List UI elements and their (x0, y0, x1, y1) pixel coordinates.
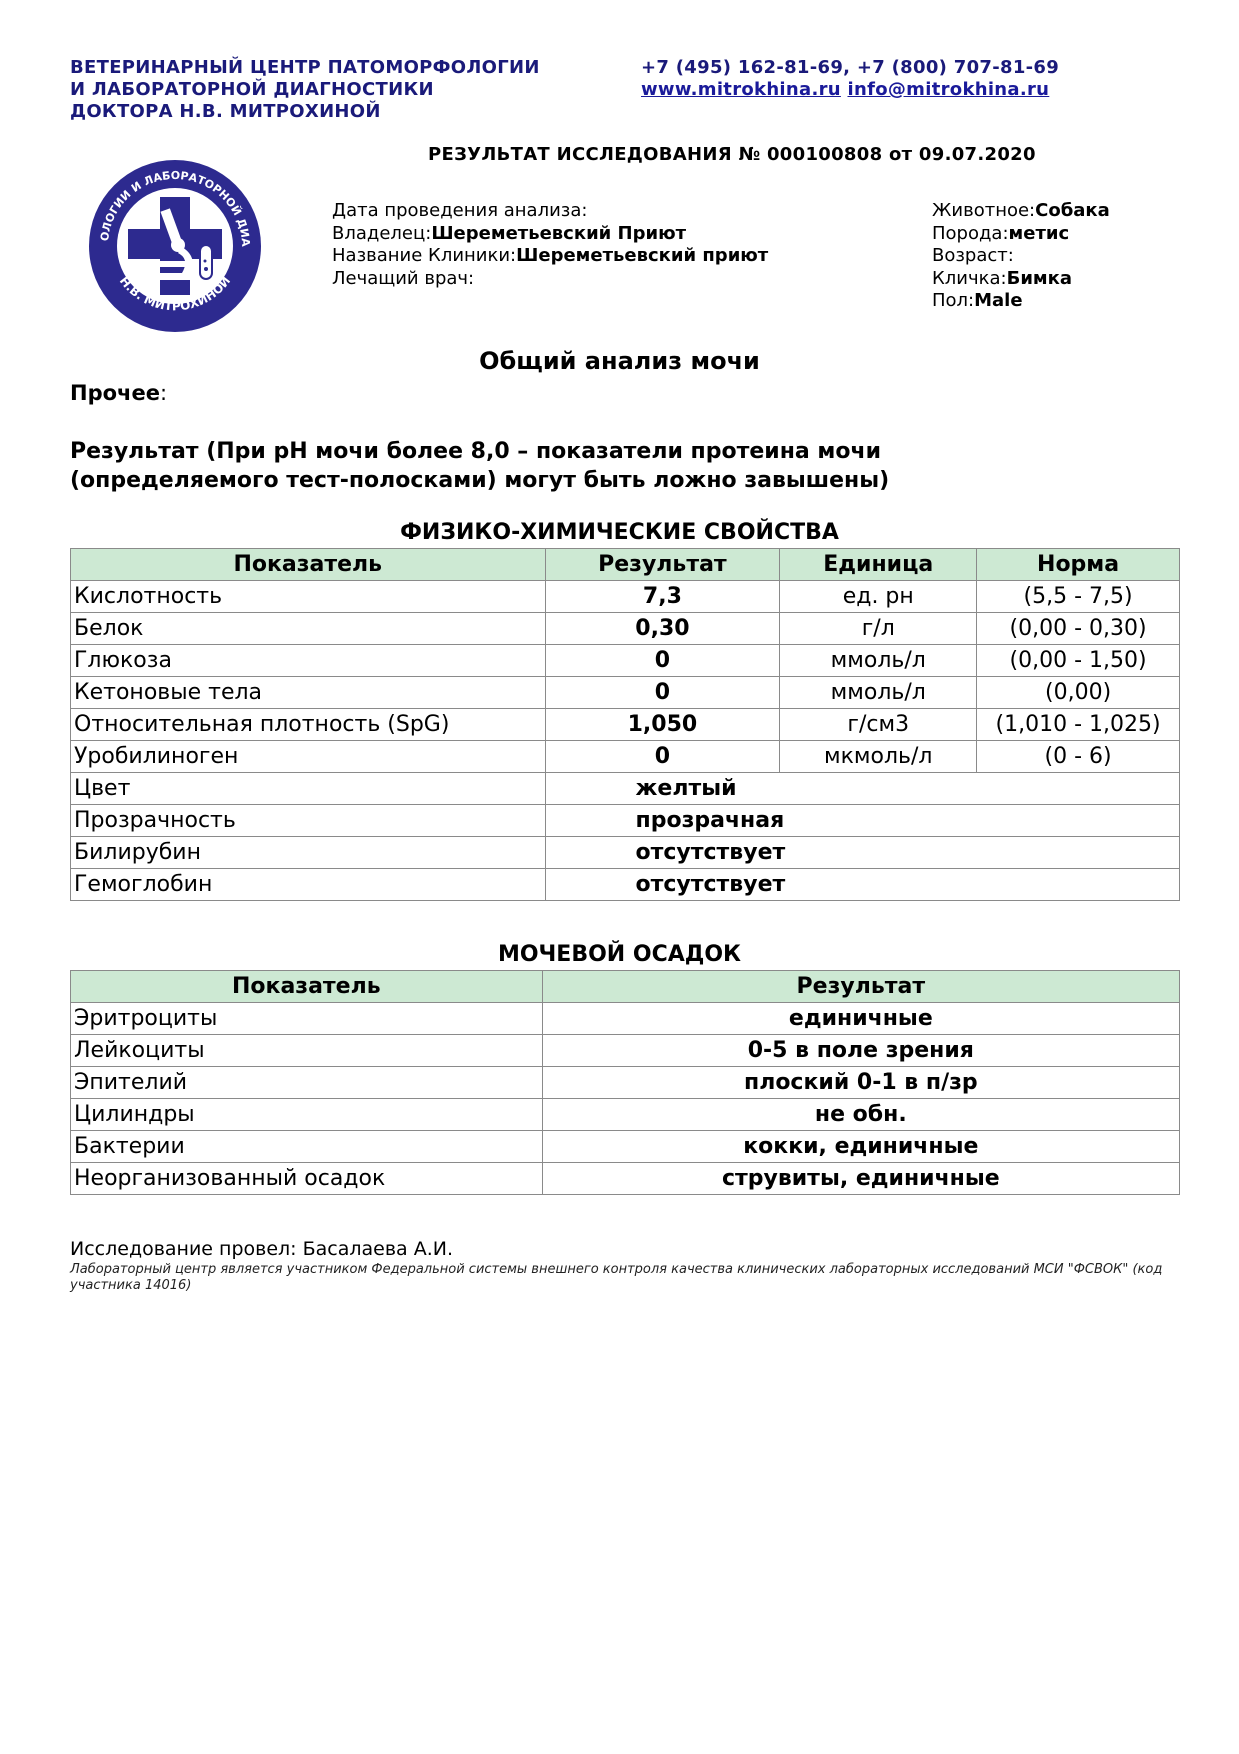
disclaimer: Лабораторный центр является участником Ф… (70, 1262, 1180, 1294)
unit-value: мкмоль/л (780, 741, 977, 773)
clinic-name-field: Название Клиники:Шереметьевский приют (332, 245, 768, 268)
result-value: отсутствует (545, 869, 1179, 901)
result-value: 0-5 в поле зрения (542, 1035, 1179, 1067)
indicator-name: Кетоновые тела (71, 677, 546, 709)
indicator-name: Белок (71, 613, 546, 645)
norm-value: (1,010 - 1,025) (977, 709, 1180, 741)
norm-value: (0,00 - 1,50) (977, 645, 1180, 677)
result-value: кокки, единичные (542, 1131, 1179, 1163)
table-row: Белок0,30г/л(0,00 - 0,30) (71, 613, 1180, 645)
indicator-name: Эпителий (71, 1067, 543, 1099)
indicator-name: Прозрачность (71, 805, 546, 837)
unit-value: ед. рн (780, 581, 977, 613)
norm-value: (5,5 - 7,5) (977, 581, 1180, 613)
patient-info-left: Дата проведения анализа: Владелец:Шереме… (332, 200, 768, 290)
result-value: 7,3 (545, 581, 780, 613)
email-link[interactable]: info@mitrokhina.ru (847, 79, 1049, 100)
table-row: Кислотность7,3ед. рн(5,5 - 7,5) (71, 581, 1180, 613)
breed-field: Порода:метис (932, 223, 1110, 246)
result-value: не обн. (542, 1099, 1179, 1131)
table-row: Цветжелтый (71, 773, 1180, 805)
indicator-name: Билирубин (71, 837, 546, 869)
sex-field: Пол:Male (932, 290, 1110, 313)
indicator-name: Относительная плотность (SpG) (71, 709, 546, 741)
unit-value: ммоль/л (780, 645, 977, 677)
indicator-name: Гемоглобин (71, 869, 546, 901)
logo-emblem-icon: ПАТОМОРФОЛОГИИ И ЛАБОРАТОРНОЙ ДИАГНОСТИК… (86, 157, 264, 335)
result-title: РЕЗУЛЬТАТ ИССЛЕДОВАНИЯ № 000100808 от 09… (428, 144, 1036, 165)
age-field: Возраст: (932, 245, 1110, 268)
website-link[interactable]: www.mitrokhina.ru (641, 79, 841, 100)
table-row: Уробилиноген0мкмоль/л(0 - 6) (71, 741, 1180, 773)
indicator-name: Уробилиноген (71, 741, 546, 773)
indicator-name: Кислотность (71, 581, 546, 613)
table-row: Глюкоза0ммоль/л(0,00 - 1,50) (71, 645, 1180, 677)
species-field: Животное:Собака (932, 200, 1110, 223)
indicator-name: Эритроциты (71, 1003, 543, 1035)
indicator-name: Глюкоза (71, 645, 546, 677)
result-value: струвиты, единичные (542, 1163, 1179, 1195)
norm-value: (0,00 - 0,30) (977, 613, 1180, 645)
organization-name: ВЕТЕРИНАРНЫЙ ЦЕНТР ПАТОМОРФОЛОГИИ И ЛАБО… (70, 57, 540, 123)
clinic-logo: ПАТОМОРФОЛОГИИ И ЛАБОРАТОРНОЙ ДИАГНОСТИК… (86, 157, 264, 335)
result-value: 1,050 (545, 709, 780, 741)
norm-value: (0 - 6) (977, 741, 1180, 773)
analysis-date-field: Дата проведения анализа: (332, 200, 768, 223)
org-line-2: И ЛАБОРАТОРНОЙ ДИАГНОСТИКИ (70, 79, 540, 101)
table-row: Цилиндрыне обн. (71, 1099, 1180, 1131)
table-header-row: Показатель Результат Единица Норма (71, 549, 1180, 581)
norm-value: (0,00) (977, 677, 1180, 709)
physchem-section-title: ФИЗИКО-ХИМИЧЕСКИЕ СВОЙСТВА (0, 520, 1239, 545)
column-header: Результат (542, 971, 1179, 1003)
physchem-table: Показатель Результат Единица Норма Кисло… (70, 548, 1180, 901)
performed-by: Исследование провел: Басалаева А.И. (70, 1238, 453, 1260)
indicator-name: Бактерии (71, 1131, 543, 1163)
table-row: Неорганизованный осадокструвиты, единичн… (71, 1163, 1180, 1195)
phone-numbers: +7 (495) 162-81-69, +7 (800) 707-81-69 (641, 57, 1059, 79)
table-row: Лейкоциты0-5 в поле зрения (71, 1035, 1180, 1067)
table-row: Прозрачностьпрозрачная (71, 805, 1180, 837)
unit-value: г/см3 (780, 709, 977, 741)
result-value: единичные (542, 1003, 1179, 1035)
document-title: Общий анализ мочи (0, 347, 1239, 375)
table-header-row: Показатель Результат (71, 971, 1180, 1003)
table-row: Гемоглобинотсутствует (71, 869, 1180, 901)
sediment-table: Показатель Результат Эритроцитыединичные… (70, 970, 1180, 1195)
result-value: 0 (545, 677, 780, 709)
unit-value: ммоль/л (780, 677, 977, 709)
doctor-field: Лечащий врач: (332, 268, 768, 291)
org-line-1: ВЕТЕРИНАРНЫЙ ЦЕНТР ПАТОМОРФОЛОГИИ (70, 57, 540, 79)
pet-name-field: Кличка:Бимка (932, 268, 1110, 291)
table-row: Относительная плотность (SpG)1,050г/см3(… (71, 709, 1180, 741)
table-row: Кетоновые тела0ммоль/л(0,00) (71, 677, 1180, 709)
sediment-section-title: МОЧЕВОЙ ОСАДОК (0, 942, 1239, 967)
org-line-3: ДОКТОРА Н.В. МИТРОХИНОЙ (70, 101, 540, 123)
indicator-name: Цилиндры (71, 1099, 543, 1131)
unit-value: г/л (780, 613, 977, 645)
column-header: Норма (977, 549, 1180, 581)
other-label: Прочее: (70, 381, 167, 405)
table-row: Бактериикокки, единичные (71, 1131, 1180, 1163)
table-row: Билирубинотсутствует (71, 837, 1180, 869)
result-value: 0 (545, 741, 780, 773)
column-header: Показатель (71, 549, 546, 581)
table-row: Эритроцитыединичные (71, 1003, 1180, 1035)
indicator-name: Цвет (71, 773, 546, 805)
column-header: Результат (545, 549, 780, 581)
indicator-name: Лейкоциты (71, 1035, 543, 1067)
result-value: 0 (545, 645, 780, 677)
owner-field: Владелец:Шереметьевский Приют (332, 223, 768, 246)
contacts: +7 (495) 162-81-69, +7 (800) 707-81-69 w… (641, 57, 1059, 101)
column-header: Показатель (71, 971, 543, 1003)
result-value: 0,30 (545, 613, 780, 645)
result-value: желтый (545, 773, 1179, 805)
column-header: Единица (780, 549, 977, 581)
ph-note: Результат (При pH мочи более 8,0 – показ… (70, 437, 889, 495)
result-value: отсутствует (545, 837, 1179, 869)
result-value: прозрачная (545, 805, 1179, 837)
indicator-name: Неорганизованный осадок (71, 1163, 543, 1195)
patient-info-right: Животное:Собака Порода:метис Возраст: Кл… (932, 200, 1110, 313)
result-value: плоский 0-1 в п/зр (542, 1067, 1179, 1099)
table-row: Эпителийплоский 0-1 в п/зр (71, 1067, 1180, 1099)
